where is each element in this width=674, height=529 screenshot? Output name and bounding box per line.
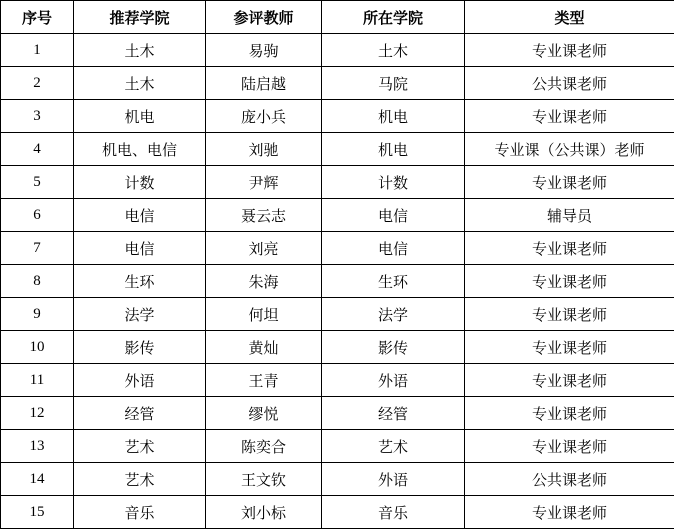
table-row: 9法学何坦法学专业课老师 [1, 298, 674, 331]
table-cell: 音乐 [322, 496, 465, 529]
header-cell-4: 类型 [465, 1, 674, 34]
table-cell: 专业课老师 [465, 166, 674, 199]
table-cell: 艺术 [74, 430, 206, 463]
table-cell: 缪悦 [206, 397, 322, 430]
table-cell: 土木 [74, 34, 206, 67]
table-cell: 陆启越 [206, 67, 322, 100]
table-cell: 12 [1, 397, 74, 430]
table-cell: 6 [1, 199, 74, 232]
table-cell: 艺术 [74, 463, 206, 496]
table-row: 12经管缪悦经管专业课老师 [1, 397, 674, 430]
table-cell: 外语 [322, 463, 465, 496]
table-cell: 聂云志 [206, 199, 322, 232]
table-cell: 经管 [74, 397, 206, 430]
table-cell: 15 [1, 496, 74, 529]
table-cell: 专业课老师 [465, 331, 674, 364]
table-cell: 专业课老师 [465, 265, 674, 298]
table-cell: 8 [1, 265, 74, 298]
table-cell: 电信 [74, 232, 206, 265]
table-cell: 土木 [322, 34, 465, 67]
table-cell: 专业课老师 [465, 100, 674, 133]
table-row: 11外语王青外语专业课老师 [1, 364, 674, 397]
table-cell: 11 [1, 364, 74, 397]
table-cell: 专业课老师 [465, 496, 674, 529]
header-cell-3: 所在学院 [322, 1, 465, 34]
table-cell: 生环 [322, 265, 465, 298]
table-cell: 7 [1, 232, 74, 265]
table-cell: 计数 [74, 166, 206, 199]
table-cell: 影传 [322, 331, 465, 364]
table-cell: 3 [1, 100, 74, 133]
table-cell: 专业课老师 [465, 364, 674, 397]
table-cell: 电信 [322, 199, 465, 232]
page: 序号推荐学院参评教师所在学院类型 1土木易驹土木专业课老师2土木陆启越马院公共课… [0, 0, 674, 529]
table-cell: 王青 [206, 364, 322, 397]
table-cell: 黄灿 [206, 331, 322, 364]
header-row: 序号推荐学院参评教师所在学院类型 [1, 1, 674, 34]
table-row: 6电信聂云志电信辅导员 [1, 199, 674, 232]
table-cell: 机电、电信 [74, 133, 206, 166]
table-cell: 刘小标 [206, 496, 322, 529]
table-row: 14艺术王文钦外语公共课老师 [1, 463, 674, 496]
table-cell: 公共课老师 [465, 463, 674, 496]
table-cell: 经管 [322, 397, 465, 430]
table-cell: 辅导员 [465, 199, 674, 232]
table-cell: 王文钦 [206, 463, 322, 496]
table-cell: 专业课（公共课）老师 [465, 133, 674, 166]
table-row: 4机电、电信刘驰机电专业课（公共课）老师 [1, 133, 674, 166]
table-cell: 外语 [74, 364, 206, 397]
table-cell: 艺术 [322, 430, 465, 463]
table-cell: 庞小兵 [206, 100, 322, 133]
table-cell: 4 [1, 133, 74, 166]
table-cell: 计数 [322, 166, 465, 199]
table-cell: 公共课老师 [465, 67, 674, 100]
table-cell: 法学 [74, 298, 206, 331]
table-row: 15音乐刘小标音乐专业课老师 [1, 496, 674, 529]
table-cell: 14 [1, 463, 74, 496]
table-cell: 陈奕合 [206, 430, 322, 463]
table-cell: 10 [1, 331, 74, 364]
table-row: 13艺术陈奕合艺术专业课老师 [1, 430, 674, 463]
table-cell: 专业课老师 [465, 397, 674, 430]
table-row: 1土木易驹土木专业课老师 [1, 34, 674, 67]
table-cell: 专业课老师 [465, 430, 674, 463]
table-cell: 生环 [74, 265, 206, 298]
table-body: 1土木易驹土木专业课老师2土木陆启越马院公共课老师3机电庞小兵机电专业课老师4机… [1, 34, 674, 529]
table-cell: 马院 [322, 67, 465, 100]
table-cell: 机电 [322, 100, 465, 133]
header-cell-2: 参评教师 [206, 1, 322, 34]
table-cell: 13 [1, 430, 74, 463]
table-cell: 专业课老师 [465, 34, 674, 67]
table-cell: 1 [1, 34, 74, 67]
table-cell: 电信 [322, 232, 465, 265]
header-cell-1: 推荐学院 [74, 1, 206, 34]
table-cell: 刘亮 [206, 232, 322, 265]
header-cell-0: 序号 [1, 1, 74, 34]
table-row: 8生环朱海生环专业课老师 [1, 265, 674, 298]
table-cell: 音乐 [74, 496, 206, 529]
table-cell: 2 [1, 67, 74, 100]
table-cell: 尹辉 [206, 166, 322, 199]
table-cell: 朱海 [206, 265, 322, 298]
table-cell: 专业课老师 [465, 298, 674, 331]
table-cell: 易驹 [206, 34, 322, 67]
table-cell: 土木 [74, 67, 206, 100]
table-cell: 机电 [322, 133, 465, 166]
table-cell: 影传 [74, 331, 206, 364]
table-cell: 外语 [322, 364, 465, 397]
table-row: 5计数尹辉计数专业课老师 [1, 166, 674, 199]
table-cell: 9 [1, 298, 74, 331]
table-cell: 5 [1, 166, 74, 199]
table-cell: 专业课老师 [465, 232, 674, 265]
table-cell: 何坦 [206, 298, 322, 331]
table-cell: 机电 [74, 100, 206, 133]
table-cell: 电信 [74, 199, 206, 232]
table-row: 2土木陆启越马院公共课老师 [1, 67, 674, 100]
table-row: 3机电庞小兵机电专业课老师 [1, 100, 674, 133]
table-cell: 法学 [322, 298, 465, 331]
table-row: 7电信刘亮电信专业课老师 [1, 232, 674, 265]
table-cell: 刘驰 [206, 133, 322, 166]
teacher-evaluation-table: 序号推荐学院参评教师所在学院类型 1土木易驹土木专业课老师2土木陆启越马院公共课… [0, 0, 674, 529]
table-row: 10影传黄灿影传专业课老师 [1, 331, 674, 364]
